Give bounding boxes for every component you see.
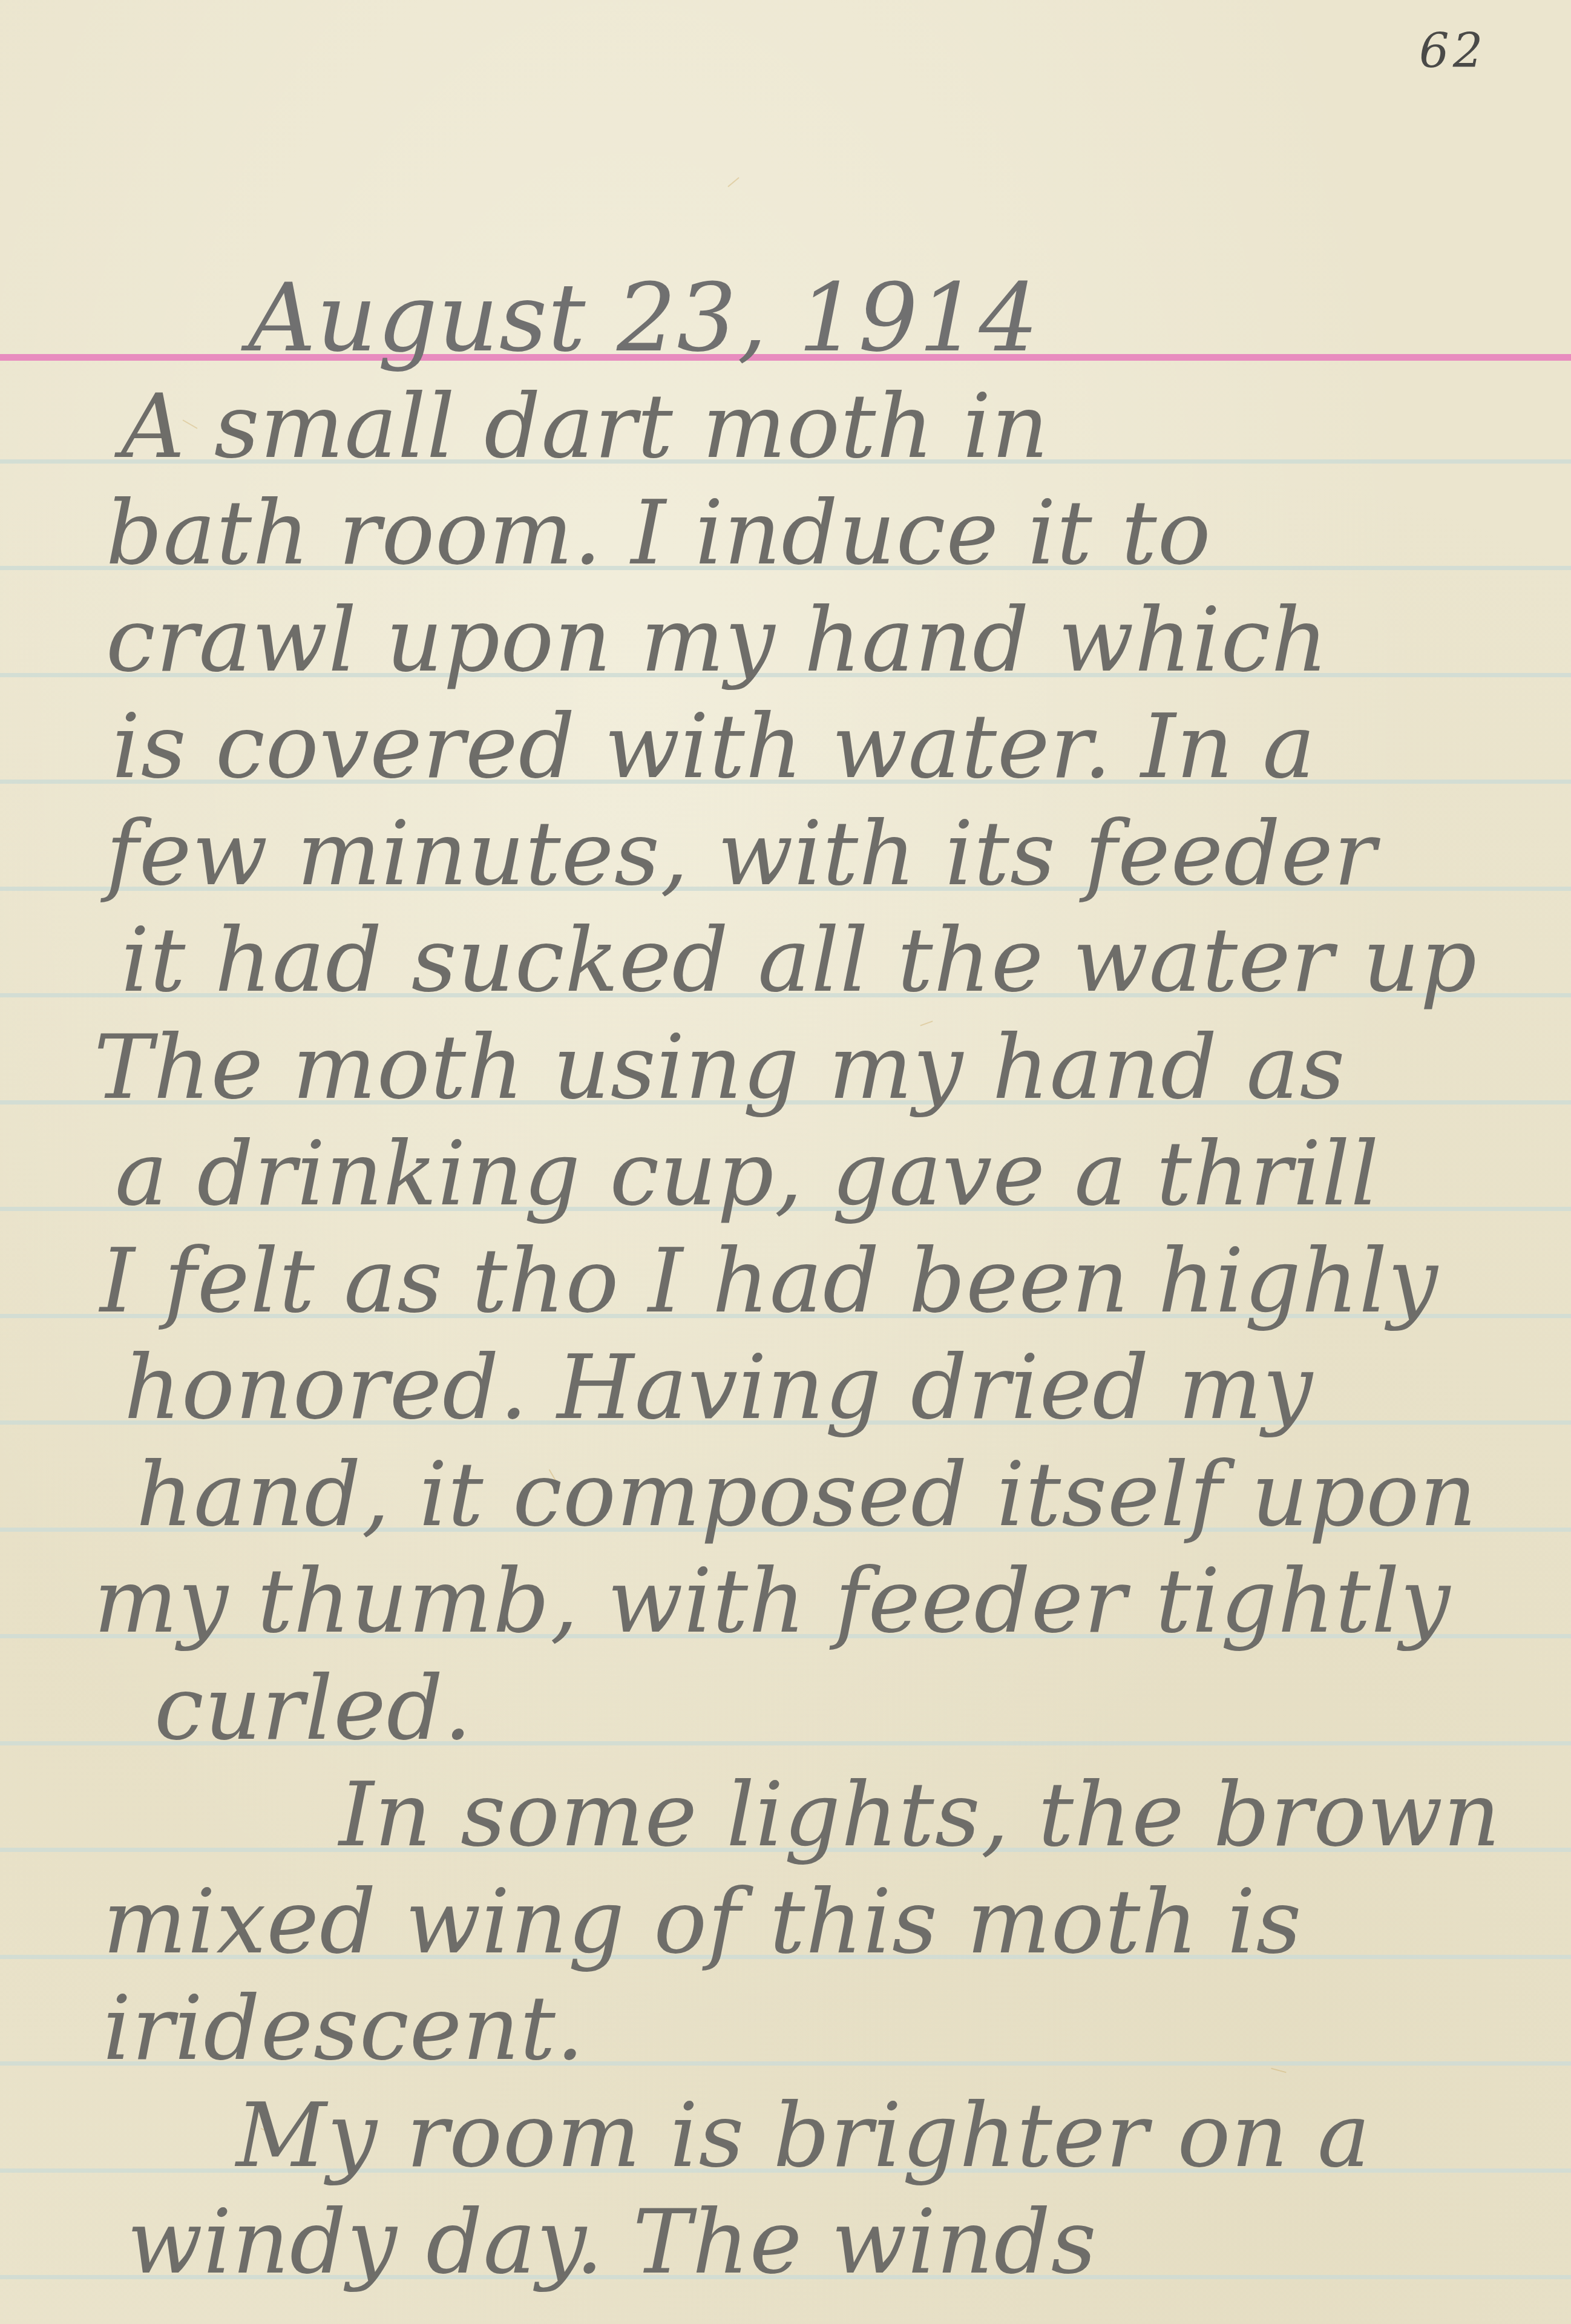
journal-page: 62 August 23, 1914 A small dart moth in …: [0, 0, 1571, 2324]
entry-line: In some lights, the brown: [339, 1771, 1501, 1859]
entry-line: my thumb, with feeder tightly: [94, 1557, 1451, 1646]
entry-line: honored. Having dried my: [124, 1344, 1313, 1432]
entry-line: My room is brighter on a: [236, 2092, 1371, 2180]
entry-line: bath room. I induce it to: [106, 489, 1212, 577]
entry-line: a drinking cup, gave a thrill: [115, 1130, 1379, 1218]
entry-line: mixed wing of this moth is: [103, 1878, 1302, 1966]
entry-line: The moth using my hand as: [94, 1023, 1346, 1112]
entry-line: iridescent.: [103, 1984, 585, 2073]
entry-line: crawl upon my hand which: [106, 596, 1328, 684]
entry-line: hand, it composed itself upon: [136, 1451, 1477, 1539]
entry-line: I felt as tho I had been highly: [100, 1237, 1438, 1325]
entry-line: curled.: [154, 1664, 473, 1753]
entry-line: windy day. The winds: [127, 2198, 1097, 2286]
entry-line: is covered with water. In a: [112, 703, 1316, 791]
entry-line: it had sucked all the water up: [121, 916, 1477, 1005]
entry-date-heading: August 23, 1914: [248, 271, 1039, 365]
page-number: 62: [1419, 24, 1486, 79]
entry-line: A small dart moth in: [121, 382, 1049, 471]
entry-line: few minutes, with its feeder: [106, 810, 1377, 898]
